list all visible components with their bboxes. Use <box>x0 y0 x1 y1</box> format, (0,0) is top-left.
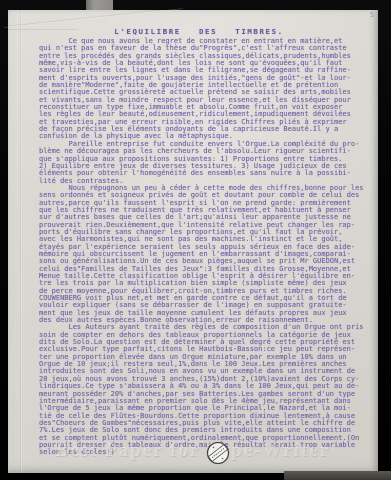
crease-line-vertical <box>20 10 21 473</box>
background-paper-edge <box>284 471 391 480</box>
document-page: 5 L'EQUILIBRE DES TIMBRES. Ce que nous a… <box>8 10 378 473</box>
page-number: 5 <box>370 11 374 19</box>
text-body: Ce que nous avons le regret de constater… <box>39 38 373 457</box>
page-title: L'EQUILIBRE DES TIMBRES. <box>38 27 360 36</box>
crease-line-diagonal <box>4 7 183 27</box>
embossed-stamp-icon <box>205 440 231 466</box>
